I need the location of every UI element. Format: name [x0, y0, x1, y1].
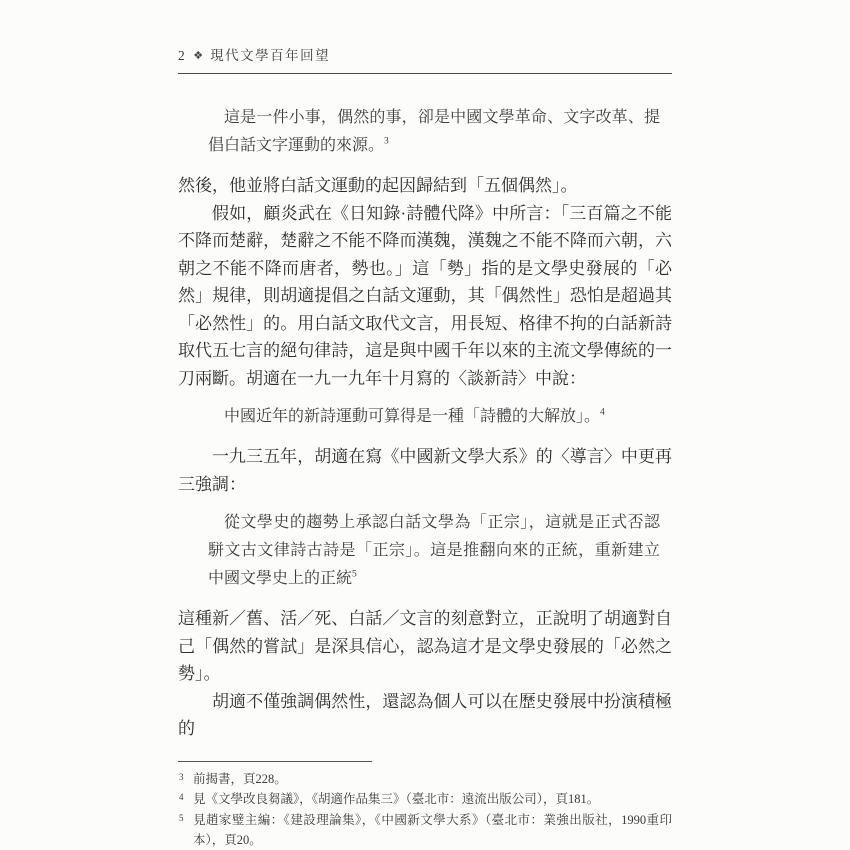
footnote-marker-3: 3: [179, 767, 184, 788]
paragraph-2: 假如，顧炎武在《日知錄·詩體代降》中所言：「三百篇之不能不降而楚辭，楚辭之不能不…: [178, 200, 672, 393]
paragraph-3: 一九三五年，胡適在寫《中國新文學大系》的〈導言〉中更再三強調：: [178, 443, 672, 498]
paragraph-4: 這種新／舊、活／死、白話／文言的刻意對立，正說明了胡適對自己「偶然的嘗試」是深具…: [178, 605, 672, 688]
footnote-text-4: 見《文學改良芻議》，《胡適作品集三》（臺北市：遠流出版公司），頁181。: [193, 792, 599, 806]
footnote-separator: [178, 761, 372, 762]
running-header: 2 ❖ 現代文學百年回望: [178, 44, 672, 74]
footnote-ref-5: 5: [352, 570, 357, 580]
footnote-item-5: 5 見趙家璧主編：《建設理論集》，《中國新文學大系》（臺北市：業強出版社，199…: [178, 810, 672, 850]
quote-1-text: 這是一件小事，偶然的事，卻是中國文學革命、文字改革、提倡白話文字運動的來源。: [208, 109, 660, 154]
page-number: 2: [178, 48, 186, 64]
footnote-marker-5: 5: [179, 808, 184, 829]
footnote-item-4: 4 見《文學改良芻議》，《胡適作品集三》（臺北市：遠流出版公司），頁181。: [178, 789, 672, 810]
footnote-item-3: 3 前揭書，頁228。: [178, 769, 672, 790]
book-title: 現代文學百年回望: [210, 44, 330, 64]
quote-3-text: 從文學史的趨勢上承認白話文學為「正宗」，這就是正式否認駢文古文律詩古詩是「正宗」…: [208, 514, 660, 587]
ornament-diamond-icon: ❖: [193, 49, 203, 62]
footnote-text-3: 前揭書，頁228。: [193, 772, 287, 786]
quote-2-text: 中國近年的新詩運動可算得是一種「詩體的大解放」。: [224, 408, 600, 425]
footnote-area: 3 前揭書，頁228。 4 見《文學改良芻議》，《胡適作品集三》（臺北市：遠流出…: [178, 761, 672, 850]
quote-block-2: 中國近年的新詩運動可算得是一種「詩體的大解放」。4: [208, 403, 660, 431]
paragraph-1: 然後，他並將白話文運動的起因歸結到「五個偶然」。: [178, 172, 672, 200]
footnote-ref-3: 3: [384, 137, 389, 147]
footnote-ref-4: 4: [600, 408, 605, 418]
page-content: 2 ❖ 現代文學百年回望 這是一件小事，偶然的事，卻是中國文學革命、文字改革、提…: [178, 0, 672, 850]
quote-block-1: 這是一件小事，偶然的事，卻是中國文學革命、文字改革、提倡白話文字運動的來源。3: [208, 104, 660, 160]
paragraph-5: 胡適不僅強調偶然性，還認為個人可以在歷史發展中扮演積極的: [178, 688, 672, 743]
book-page: 2 ❖ 現代文學百年回望 這是一件小事，偶然的事，卻是中國文學革命、文字改革、提…: [0, 0, 850, 850]
body-text: 這是一件小事，偶然的事，卻是中國文學革命、文字改革、提倡白話文字運動的來源。3 …: [178, 104, 672, 743]
footnote-marker-4: 4: [179, 787, 184, 808]
footnote-text-5: 見趙家璧主編：《建設理論集》，《中國新文學大系》（臺北市：業強出版社，1990重…: [193, 813, 672, 848]
quote-block-3: 從文學史的趨勢上承認白話文學為「正宗」，這就是正式否認駢文古文律詩古詩是「正宗」…: [208, 509, 660, 593]
